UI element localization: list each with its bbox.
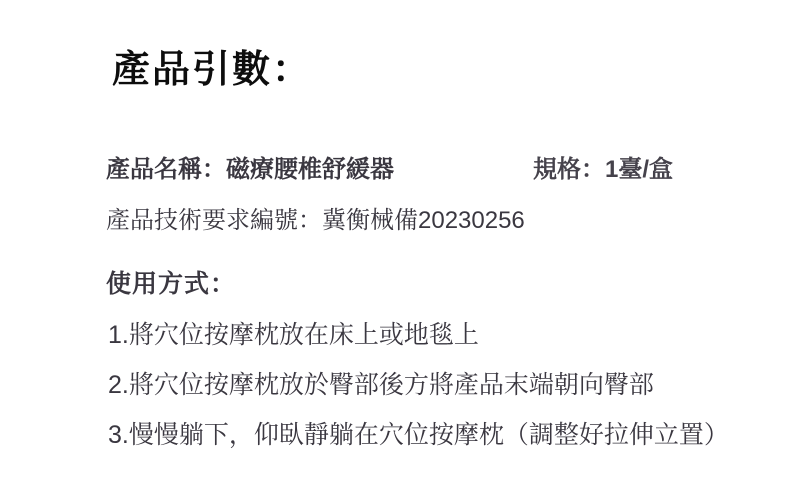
product-spec-text: 規格：1臺/盒 <box>533 155 673 185</box>
usage-step-1: 1.將穴位按摩枕放在床上或地毯上 <box>108 320 479 351</box>
page-title: 產品引數： <box>112 38 312 93</box>
product-name-text: 產品名稱：磁療腰椎舒緩器 <box>106 155 394 185</box>
tech-requirement-text: 產品技術要求編號：冀衡械備20230256 <box>106 206 525 236</box>
usage-step-2: 2.將穴位按摩枕放於臀部後方將產品末端朝向臀部 <box>108 370 654 401</box>
product-parameters-document: 產品引數： 產品名稱：磁療腰椎舒緩器 規格：1臺/盒 產品技術要求編號：冀衡械備… <box>0 0 790 500</box>
usage-step-3: 3.慢慢躺下，仰臥靜躺在穴位按摩枕（調整好拉伸立置） <box>108 420 729 451</box>
usage-method-heading: 使用方式： <box>106 269 236 300</box>
